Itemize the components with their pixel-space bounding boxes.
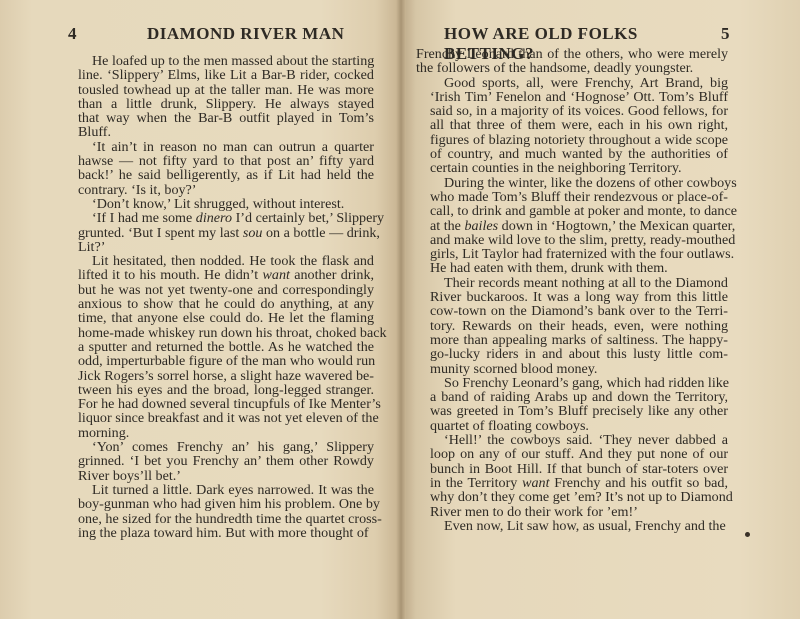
text-line: boy-gunman who had given him his problem…	[64, 497, 374, 511]
text-line: who made Tom’s Bluff their rendezvous or…	[416, 190, 728, 204]
text-line: cow-town on the Diamond’s bank over to t…	[416, 304, 728, 318]
text-line: home-made whiskey run down his throat, c…	[64, 326, 374, 340]
text-line: but he was not yet twenty-one and corres…	[64, 283, 374, 297]
text-line: grinned. ‘I bet you Frenchy an’ them oth…	[64, 454, 374, 468]
running-head-title: DIAMOND RIVER MAN	[147, 24, 344, 44]
text-line: ‘It ain’t in reason no man can outrun a …	[64, 140, 374, 154]
text-line: ing the plaza toward him. But with more …	[64, 526, 374, 540]
text-line: loop on any of our stuff. And they put n…	[416, 447, 728, 461]
paragraph: Good sports, all, were Frenchy, Art Bran…	[416, 76, 728, 176]
text-line: one, he sized for the hundredth time the…	[64, 512, 374, 526]
text-line: Lit hesitated, then nodded. He took the …	[64, 254, 374, 268]
text-line: that way when the Bar-B outfit played in…	[64, 111, 374, 125]
paragraph: ‘Hell!’ the cowboys said. ‘They never da…	[416, 433, 728, 519]
text-line: He had eaten with them, drunk with them.	[416, 261, 728, 275]
text-line: why don’t they come get ’em? It’s not up…	[416, 490, 728, 504]
paragraph: During the winter, like the dozens of ot…	[416, 176, 728, 276]
text-line: figures of blazing notoriety throughout …	[416, 133, 728, 147]
text-line: contrary. ‘Is it, boy?’	[64, 183, 374, 197]
text-line: certain counties in the neighboring Terr…	[416, 161, 728, 175]
text-line: Good sports, all, were Frenchy, Art Bran…	[416, 76, 728, 90]
text-line: in the Territory want Frenchy and his ou…	[416, 476, 728, 490]
text-line: For he had downed several tincupfuls of …	[64, 397, 374, 411]
text-line: Even now, Lit saw how, as usual, Frenchy…	[416, 519, 728, 533]
text-line: grunted. ‘But I spent my last sou on a b…	[64, 226, 374, 240]
book-gutter	[396, 0, 406, 619]
text-line: liquor since breakfast and it was not ye…	[64, 411, 374, 425]
text-line: Jick Rogers’s sorrel horse, a slight haz…	[64, 369, 374, 383]
text-line: all that three of them were, each in his…	[416, 118, 728, 132]
text-line: lifted it to his mouth. He didn’t want a…	[64, 268, 374, 282]
text-line: odd, imperturbable figure of the man who…	[64, 354, 374, 368]
text-line: ‘Yon’ comes Frenchy an’ his gang,’ Slipp…	[64, 440, 374, 454]
text-line: quartet of floating cowboys.	[416, 419, 728, 433]
text-line: call, to drink and gamble at poker and m…	[416, 204, 728, 218]
text-line: ‘Don’t know,’ Lit shrugged, without inte…	[64, 197, 374, 211]
text-line: back!’ he said belligerently, as if Lit …	[64, 168, 374, 182]
text-line: morning.	[64, 426, 374, 440]
text-line: ‘Irish Tim’ Fenelon and ‘Hognose’ Ott. T…	[416, 90, 728, 104]
paragraph: ‘It ain’t in reason no man can outrun a …	[64, 140, 374, 197]
text-line: at the bailes down in ‘Hogtown,’ the Mex…	[416, 219, 728, 233]
text-line: Lit turned a little. Dark eyes narrowed.…	[64, 483, 374, 497]
page-number: 5	[721, 24, 730, 44]
text-line: said so, in a majority of its voices. Go…	[416, 104, 728, 118]
paragraph: ‘Don’t know,’ Lit shrugged, without inte…	[64, 197, 374, 211]
text-line: Lit?’	[64, 240, 374, 254]
paragraph: So Frenchy Leonard’s gang, which had rid…	[416, 376, 728, 433]
text-line: line. ‘Slippery’ Elms, like Lit a Bar-B …	[64, 68, 374, 82]
right-page: HOW ARE OLD FOLKS BETTING? 5 Frenchy Leo…	[400, 0, 800, 619]
text-line: River buckaroos. It was a long way from …	[416, 290, 728, 304]
text-line: ‘Hell!’ the cowboys said. ‘They never da…	[416, 433, 728, 447]
text-line: During the winter, like the dozens of ot…	[416, 176, 728, 190]
ink-spot	[745, 532, 750, 537]
text-line: go-lucky riders in and about this lusty …	[416, 347, 728, 361]
text-line: of country, and much wanted by the autho…	[416, 147, 728, 161]
text-line: ‘If I had me some dinero I’d certainly b…	[64, 211, 374, 225]
paragraph: ‘Yon’ comes Frenchy an’ his gang,’ Slipp…	[64, 440, 374, 483]
text-line: bunch in Boot Hill. If that bunch of sta…	[416, 462, 728, 476]
text-line: than a little drunk, Slippery. He always…	[64, 97, 374, 111]
paragraph: Lit turned a little. Dark eyes narrowed.…	[64, 483, 374, 540]
text-line: Bluff.	[64, 125, 374, 139]
paragraph: ‘If I had me some dinero I’d certainly b…	[64, 211, 374, 254]
text-line: hawse — not fifty yard to that post an’ …	[64, 154, 374, 168]
running-head-left: 4 DIAMOND RIVER MAN	[68, 24, 360, 44]
text-line: a band of raiding Arabs up and down the …	[416, 390, 728, 404]
paragraph: Lit hesitated, then nodded. He took the …	[64, 254, 374, 440]
text-line: more than appealing marks of saltiness. …	[416, 333, 728, 347]
text-line: Frenchy Leonard than of the others, who …	[416, 47, 728, 61]
text-line: River boys’ll bet.’	[64, 469, 374, 483]
text-line: tory. Rewards on their heads, even, were…	[416, 319, 728, 333]
text-line: tween his eyes and the broad, long-legge…	[64, 383, 374, 397]
text-line: girls, Lit Taylor had fraternized with t…	[416, 247, 728, 261]
text-line: was greeted in Tom’s Bluff precisely lik…	[416, 404, 728, 418]
text-line: the followers of the handsome, deadly yo…	[416, 61, 728, 75]
text-line: anxious to show that he could do anythin…	[64, 297, 374, 311]
text-line: tousled towhead up at the taller man. He…	[64, 83, 374, 97]
text-line: munity scorned blood money.	[416, 362, 728, 376]
text-line: and make wild love to the slim, pretty, …	[416, 233, 728, 247]
left-page: 4 DIAMOND RIVER MAN He loafed up to the …	[0, 0, 400, 619]
paragraph: Frenchy Leonard than of the others, who …	[416, 47, 728, 76]
page-body-text: He loafed up to the men massed about the…	[64, 54, 374, 540]
text-line: a sputter and returned the bottle. As he…	[64, 340, 374, 354]
text-line: River men to do their work for ’em!’	[416, 505, 728, 519]
paragraph: He loafed up to the men massed about the…	[64, 54, 374, 140]
paragraph: Their records meant nothing at all to th…	[416, 276, 728, 376]
text-line: Their records meant nothing at all to th…	[416, 276, 728, 290]
text-line: So Frenchy Leonard’s gang, which had rid…	[416, 376, 728, 390]
page-body-text: Frenchy Leonard than of the others, who …	[416, 47, 728, 533]
text-line: He loafed up to the men massed about the…	[64, 54, 374, 68]
paragraph: Even now, Lit saw how, as usual, Frenchy…	[416, 519, 728, 533]
text-line: time, that anyone else could do. He let …	[64, 311, 374, 325]
page-number: 4	[68, 24, 77, 44]
